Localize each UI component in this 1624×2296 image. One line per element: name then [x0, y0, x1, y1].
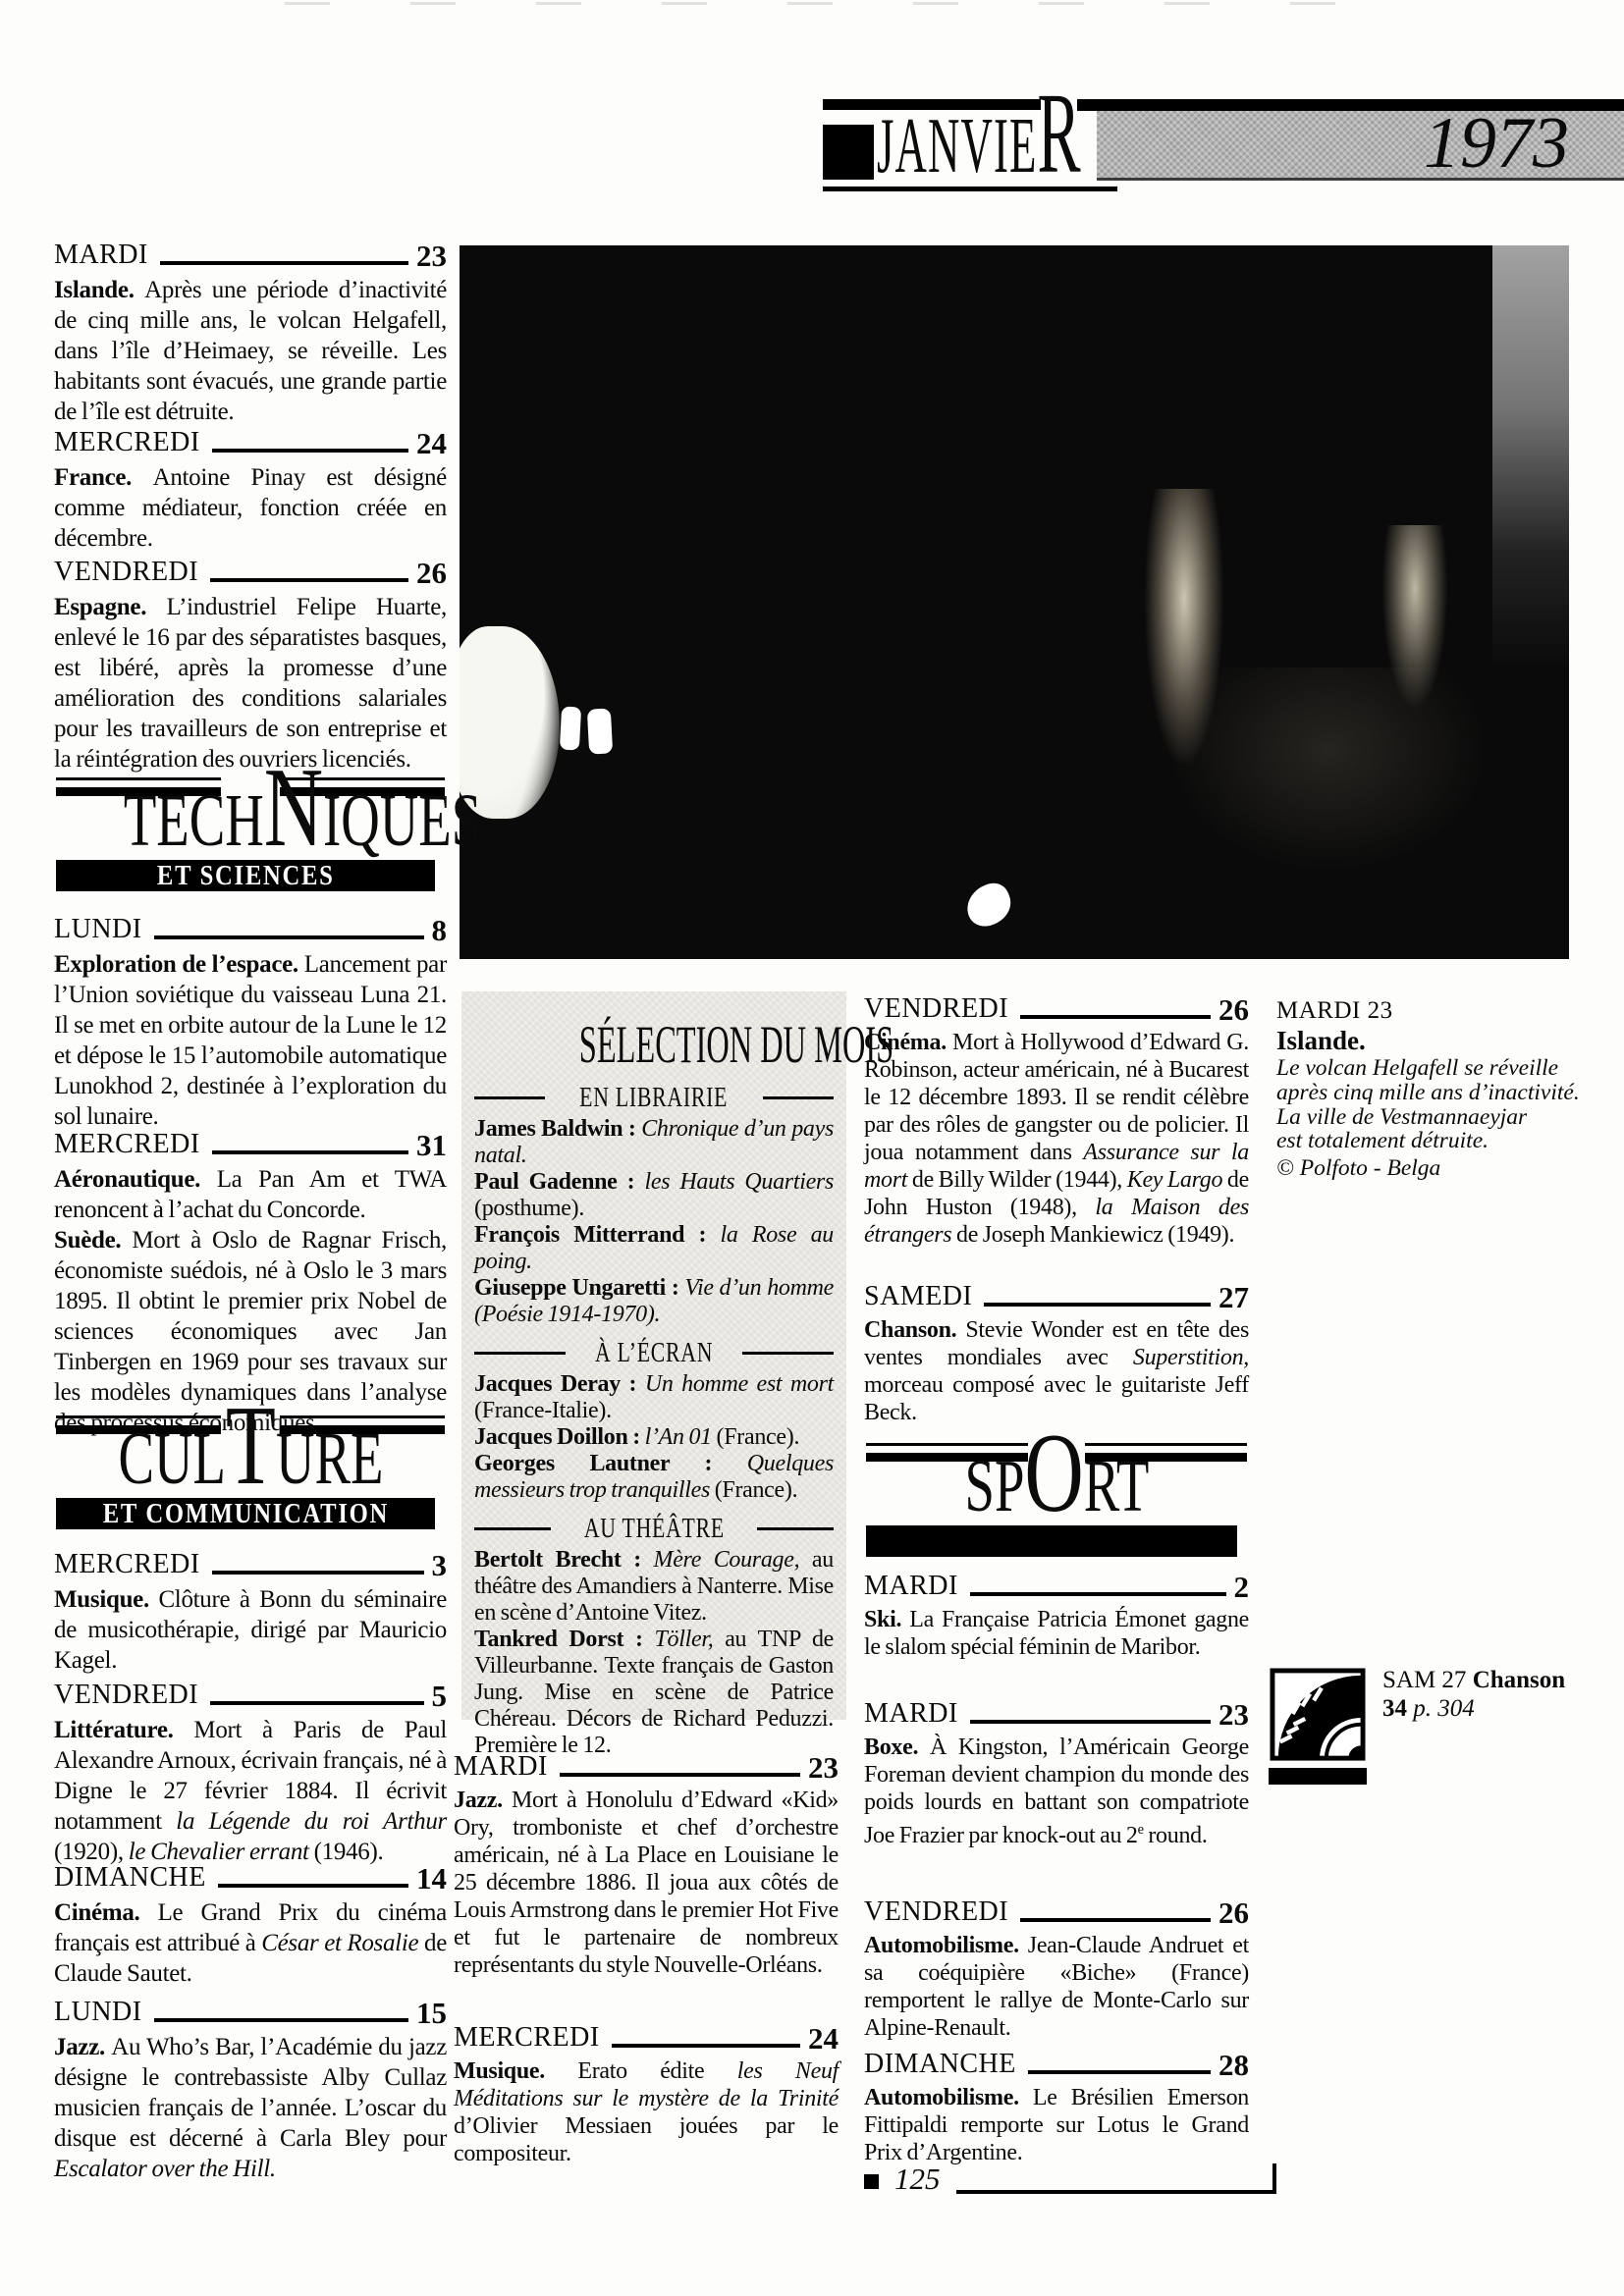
day-label: VENDREDI	[54, 556, 198, 589]
subhead-rule	[474, 1527, 551, 1530]
event-entry: VENDREDI26 Espagne. L’industriel Felipe …	[54, 556, 447, 774]
day-rule	[160, 261, 408, 265]
event-entry: MARDI23 Jazz. Mort à Honolulu d’Edward «…	[454, 1750, 839, 1979]
entry-body: Automobilisme. Le Brésilien Emerson Fitt…	[864, 2084, 1249, 2166]
entry-body: Boxe. À Kingston, l’Américain George For…	[864, 1734, 1249, 1849]
day-label: MERCREDI	[54, 426, 200, 459]
entry-day-heading: MERCREDI31	[54, 1128, 447, 1161]
day-number: 24	[416, 428, 447, 459]
caption-lead: Islande.	[1276, 1025, 1606, 1056]
day-number: 15	[416, 1998, 447, 2029]
section-header-sport: SPORT	[864, 1439, 1249, 1559]
entry-day-heading: MERCREDI24	[54, 426, 447, 459]
ref-black-bar	[1269, 1768, 1367, 1785]
event-entry: DIMANCHE28 Automobilisme. Le Brésilien E…	[864, 2048, 1249, 2166]
entry-body: Cinéma. Mort à Hollywood d’Edward G. Rob…	[864, 1029, 1249, 1249]
photo-window-light	[560, 707, 581, 751]
day-rule	[212, 449, 408, 453]
photo-caption: MARDI 23 Islande. Le volcan Helgafell se…	[1276, 997, 1606, 1183]
entry-day-heading: MARDI23	[454, 1750, 839, 1784]
day-label: DIMANCHE	[54, 1861, 206, 1895]
day-label: DIMANCHE	[864, 2048, 1016, 2081]
day-label: VENDREDI	[864, 992, 1008, 1026]
day-label: MARDI	[864, 1570, 958, 1603]
entry-day-heading: LUNDI8	[54, 913, 447, 946]
section-subtitle: ET COMMUNICATION	[56, 1498, 435, 1529]
entry-body: Exploration de l’espace. Lancement par l…	[54, 949, 447, 1132]
event-entry: VENDREDI26 Cinéma. Mort à Hollywood d’Ed…	[864, 992, 1249, 1249]
day-label: MERCREDI	[54, 1548, 200, 1581]
photo-sky-gradient	[1492, 245, 1569, 717]
bullet-square-icon	[864, 2174, 879, 2189]
selection-item: Jacques Deray : Un homme est mort (Franc…	[474, 1371, 834, 1424]
day-rule	[970, 1592, 1226, 1596]
selection-item: Giuseppe Ungaretti : Vie d’un homme (Poé…	[474, 1275, 834, 1328]
entry-day-heading: VENDREDI26	[54, 556, 447, 589]
day-label: MARDI	[54, 239, 148, 272]
scan-artifact	[285, 2, 1384, 5]
month-big-letter: R	[1038, 69, 1082, 197]
selection-subhead: AU THÉÂTRE	[474, 1513, 834, 1544]
entry-body: Jazz. Mort à Honolulu d’Edward «Kid» Ory…	[454, 1787, 839, 1979]
day-number: 31	[416, 1130, 447, 1161]
day-rule	[1020, 1015, 1211, 1019]
photo-window-light	[587, 708, 613, 754]
day-rule	[1028, 2070, 1211, 2074]
entry-body: Musique. Erato édite les Neuf Méditation…	[454, 2057, 839, 2167]
entry-body: Ski. La Française Patricia Émonet gagne …	[864, 1606, 1249, 1661]
selection-item: Paul Gadenne : les Hauts Quartiers (post…	[474, 1169, 834, 1222]
event-entry: DIMANCHE14 Cinéma. Le Grand Prix du ciné…	[54, 1861, 447, 1989]
entry-body: France. Antoine Pinay est désigné comme …	[54, 462, 447, 554]
photo-credit: © Polfoto - Belga	[1276, 1153, 1606, 1183]
event-entry: MERCREDI3 Musique. Clôture à Bonn du sém…	[54, 1548, 447, 1676]
entry-body: Islande. Après une période d’inactivité …	[54, 275, 447, 427]
day-number: 23	[1218, 1699, 1249, 1731]
cross-reference: SAM 27 Chanson 34 p. 304	[1382, 1666, 1624, 1723]
page-number-rule	[956, 2163, 1277, 2194]
selection-item: François Mitterrand : la Rose au poing.	[474, 1222, 834, 1275]
day-rule	[210, 1701, 423, 1705]
selection-item: Georges Lautner : Quelques messieurs tro…	[474, 1451, 834, 1504]
selection-of-month-box: SÉLECTION DU MOIS EN LIBRAIRIE James Bal…	[461, 991, 846, 1720]
selection-title: SÉLECTION DU MOIS	[474, 991, 834, 1072]
photo-figure	[960, 878, 1017, 932]
subhead-label: AU THÉÂTRE	[583, 1513, 724, 1544]
day-rule	[154, 935, 424, 939]
month-title: JANVIER	[877, 104, 1082, 188]
day-rule	[612, 2044, 800, 2048]
caption-date: MARDI 23	[1276, 997, 1606, 1025]
day-rule	[560, 1773, 800, 1777]
entry-body: Littérature. Mort à Paris de Paul Alexan…	[54, 1715, 447, 1867]
day-number: 26	[416, 558, 447, 589]
entry-body: Jazz. Au Who’s Bar, l’Académie du jazz d…	[54, 2032, 447, 2184]
event-entry: MERCREDI24 France. Antoine Pinay est dés…	[54, 426, 447, 554]
entry-day-heading: VENDREDI26	[864, 1896, 1249, 1929]
day-rule	[154, 2018, 408, 2022]
event-entry: MARDI23 Boxe. À Kingston, l’Américain Ge…	[864, 1697, 1249, 1849]
event-entry: MERCREDI24 Musique. Erato édite les Neuf…	[454, 2021, 839, 2167]
bullet-square-icon	[823, 125, 874, 180]
day-number: 23	[808, 1752, 839, 1784]
day-rule	[218, 1884, 408, 1888]
day-number: 14	[416, 1863, 447, 1895]
year-box: 1973	[1097, 111, 1624, 181]
entry-day-heading: VENDREDI26	[864, 992, 1249, 1026]
volcano-photo	[460, 245, 1569, 959]
event-entry: VENDREDI26 Automobilisme. Jean-Claude An…	[864, 1896, 1249, 2042]
day-number: 3	[432, 1550, 448, 1581]
day-label: SAMEDI	[864, 1280, 972, 1313]
section-title: TECHNIQUES	[54, 774, 447, 868]
day-rule	[210, 578, 408, 582]
day-label: MARDI	[864, 1697, 958, 1731]
subhead-rule	[474, 1352, 566, 1355]
day-rule	[970, 1720, 1211, 1724]
event-entry: LUNDI8 Exploration de l’espace. Lancemen…	[54, 913, 447, 1132]
day-label: MARDI	[454, 1750, 548, 1784]
entry-day-heading: LUNDI15	[54, 1996, 447, 2029]
entry-day-heading: MARDI2	[864, 1570, 1249, 1603]
year-label: 1973	[1424, 111, 1569, 176]
section-subtitle	[866, 1525, 1237, 1557]
day-number: 28	[1218, 2050, 1249, 2081]
event-entry: MARDI2 Ski. La Française Patricia Émonet…	[864, 1570, 1249, 1661]
day-number: 23	[416, 240, 447, 272]
subhead-rule	[742, 1352, 834, 1355]
selection-subhead: À L’ÉCRAN	[474, 1337, 834, 1368]
subhead-rule	[474, 1096, 545, 1099]
day-rule	[212, 1571, 424, 1575]
page-number: 125	[894, 2164, 941, 2194]
day-rule	[1020, 1918, 1211, 1922]
day-number: 5	[432, 1681, 448, 1712]
entry-body: Cinéma. Le Grand Prix du cinéma français…	[54, 1897, 447, 1989]
event-entry: LUNDI15 Jazz. Au Who’s Bar, l’Académie d…	[54, 1996, 447, 2184]
entry-day-heading: MERCREDI3	[54, 1548, 447, 1581]
day-label: MERCREDI	[454, 2021, 600, 2055]
record-quarter-icon	[1269, 1668, 1367, 1764]
selection-item: Bertolt Brecht : Mère Courage, au théâtr…	[474, 1547, 834, 1627]
event-entry: SAMEDI27 Chanson. Stevie Wonder est en t…	[864, 1280, 1249, 1426]
caption-text: Le volcan Helgafell se réveilleaprès cin…	[1276, 1056, 1606, 1153]
entry-body: Espagne. L’industriel Felipe Huarte, enl…	[54, 592, 447, 774]
day-number: 24	[808, 2023, 839, 2055]
day-label: LUNDI	[54, 913, 142, 946]
event-entry: MARDI23 Islande. Après une période d’ina…	[54, 239, 447, 427]
magazine-page: JANVIER 1973 MARDI23 Islande. Après une …	[0, 0, 1624, 2296]
subhead-rule	[763, 1096, 834, 1099]
day-number: 27	[1218, 1282, 1249, 1313]
day-label: VENDREDI	[54, 1679, 198, 1712]
section-header-culture: CULTURE ET COMMUNICATION	[54, 1412, 447, 1531]
day-number: 26	[1218, 1897, 1249, 1929]
day-number: 8	[432, 915, 448, 946]
section-header-techniques: TECHNIQUES ET SCIENCES	[54, 774, 447, 893]
section-title: SPORT	[864, 1439, 1249, 1533]
subhead-rule	[757, 1527, 834, 1530]
day-rule	[984, 1303, 1211, 1307]
event-entry: VENDREDI5 Littérature. Mort à Paris de P…	[54, 1679, 447, 1867]
page-number-block: 125	[864, 2163, 1276, 2194]
month-underline	[823, 187, 1117, 191]
entry-day-heading: DIMANCHE28	[864, 2048, 1249, 2081]
entry-day-heading: SAMEDI27	[864, 1280, 1249, 1313]
section-title: CULTURE	[54, 1412, 447, 1506]
ref-line-1: SAM 27 Chanson	[1382, 1666, 1624, 1694]
subhead-label: EN LIBRAIRIE	[580, 1082, 729, 1113]
entry-day-heading: MERCREDI24	[454, 2021, 839, 2055]
entry-day-heading: MARDI23	[864, 1697, 1249, 1731]
day-label: LUNDI	[54, 1996, 142, 2029]
day-label: VENDREDI	[864, 1896, 1008, 1929]
section-subtitle: ET SCIENCES	[56, 860, 435, 891]
day-label: MERCREDI	[54, 1128, 200, 1161]
day-number: 2	[1234, 1572, 1250, 1603]
selection-item: Tankred Dorst : Töller, au TNP de Villeu…	[474, 1627, 834, 1759]
entry-day-heading: VENDREDI5	[54, 1679, 447, 1712]
entry-body: Musique. Clôture à Bonn du séminaire de …	[54, 1584, 447, 1676]
selection-item: Jacques Doillon : l’An 01 (France).	[474, 1424, 834, 1451]
entry-day-heading: DIMANCHE14	[54, 1861, 447, 1895]
ref-line-2: 34 p. 304	[1382, 1694, 1624, 1723]
day-rule	[212, 1150, 408, 1154]
subhead-label: À L’ÉCRAN	[595, 1337, 713, 1368]
entry-day-heading: MARDI23	[54, 239, 447, 272]
photo-glow	[1166, 667, 1490, 874]
selection-item: James Baldwin : Chronique d’un pays nata…	[474, 1116, 834, 1169]
entry-body: Automobilisme. Jean-Claude Andruet et sa…	[864, 1932, 1249, 2042]
day-number: 26	[1218, 994, 1249, 1026]
selection-subhead: EN LIBRAIRIE	[474, 1082, 834, 1113]
